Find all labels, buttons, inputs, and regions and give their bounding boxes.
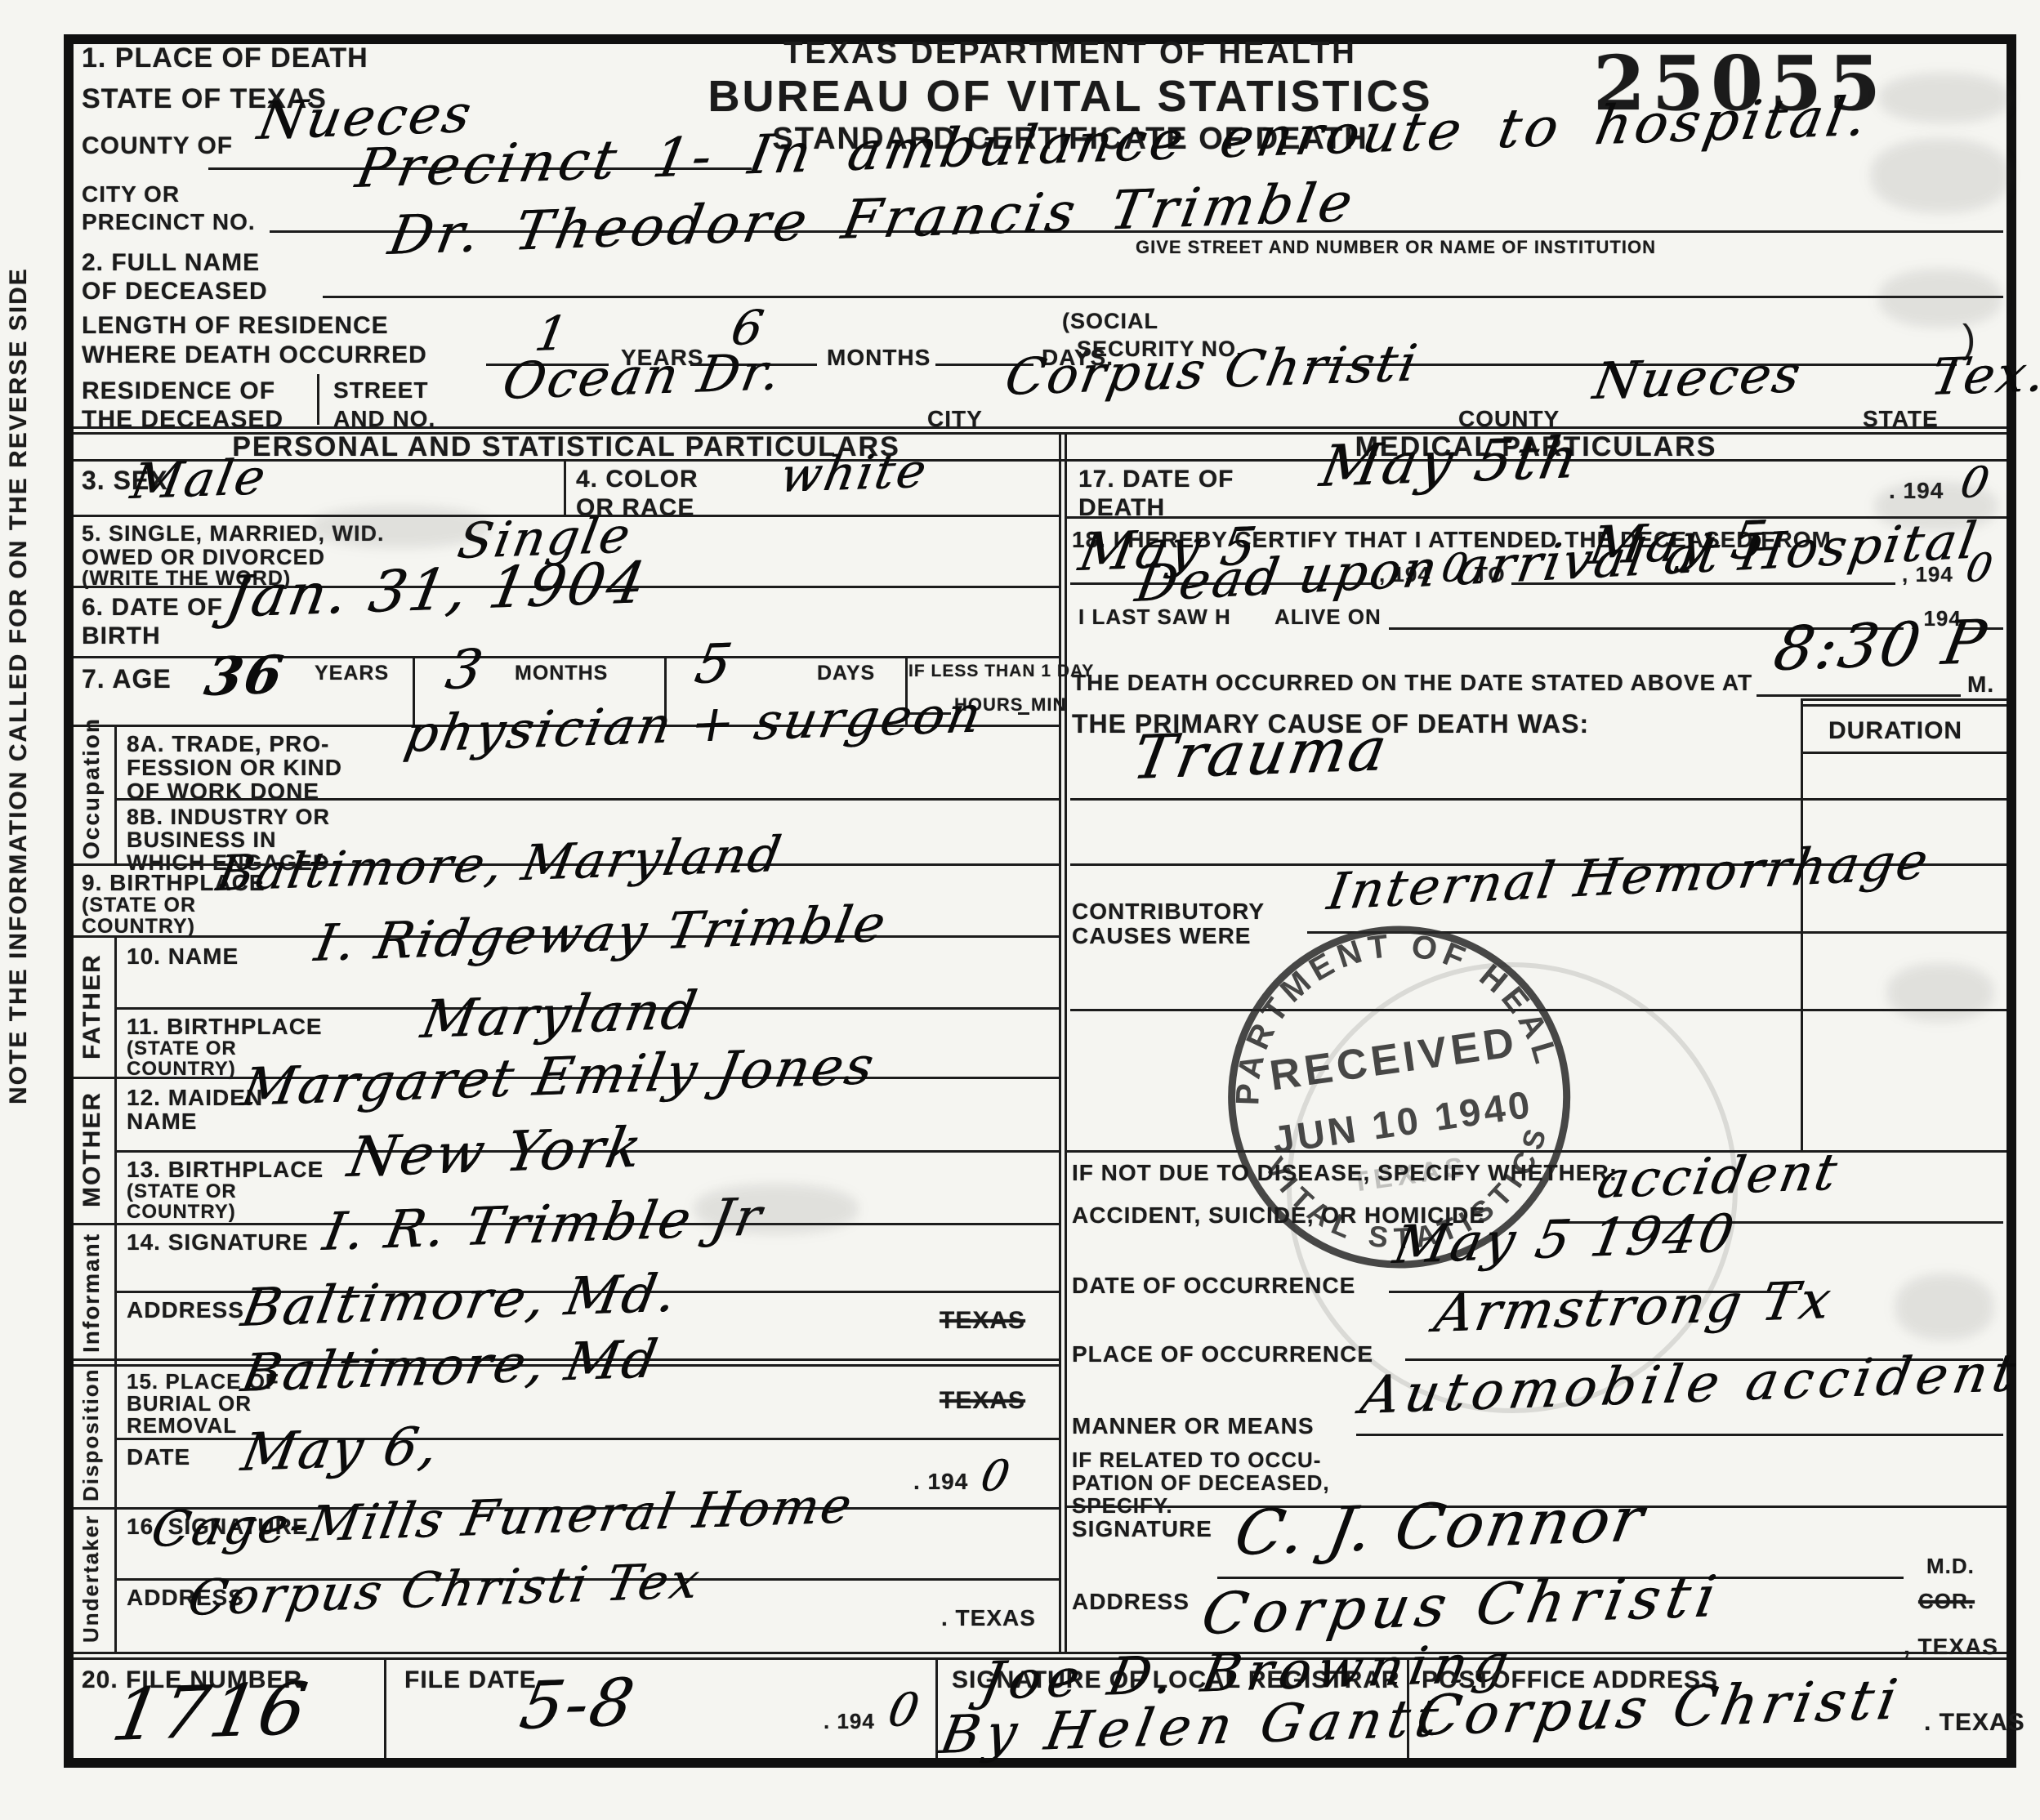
mother-birthplace-label-1: 13. BIRTHPLACE	[127, 1157, 324, 1183]
duration-rule	[1801, 752, 2007, 754]
birthplace-label-2: (STATE OR	[82, 894, 196, 917]
dob-label-2: BIRTH	[82, 622, 161, 650]
bleedthrough-artifact	[1871, 139, 2010, 212]
bleedthrough-artifact	[1887, 964, 1993, 1021]
reverse-side-note: NOTE THE INFORMATION CALLED FOR ON THE R…	[5, 229, 42, 1144]
father-birthplace-label-2: (STATE OR	[127, 1037, 237, 1060]
mother-birthplace-label-2: (STATE OR	[127, 1180, 237, 1203]
age-less-than-day-label: IF LESS THAN 1 DAY	[908, 662, 1094, 681]
column-divider	[1059, 432, 1061, 1652]
full-name-label-1: 2. FULL NAME	[82, 249, 260, 277]
occurrence-date-value: May 5 1940	[1389, 1204, 1740, 1276]
street-label-1: STREET	[333, 377, 428, 404]
manner-means-underline	[1356, 1434, 2003, 1436]
physician-signature-value: C. J. Connor	[1230, 1483, 1651, 1569]
burial-date-printed-year: . 194	[913, 1469, 968, 1495]
min-underline	[1018, 712, 1029, 715]
manner-means-label: MANNER OR MEANS	[1072, 1413, 1315, 1439]
bottom-cell-divider	[935, 1657, 938, 1758]
father-side-label: FATHER	[78, 943, 111, 1070]
duration-label: DURATION	[1828, 717, 1962, 745]
residence-county-value: Nueces	[1589, 344, 1807, 411]
date-of-death-label-1: 17. DATE OF	[1078, 466, 1234, 493]
age-years-label: YEARS	[315, 662, 389, 685]
burial-date-label: DATE	[127, 1444, 190, 1470]
bleedthrough-artifact	[1879, 74, 2010, 123]
burial-date-value: May 6,	[237, 1416, 444, 1483]
primary-cause-value: Trauma	[1127, 714, 1394, 793]
trade-label-3: OF WORK DONE	[127, 778, 319, 805]
informant-address-value: Baltimore, Md.	[237, 1264, 683, 1339]
residence-of-label-1: RESIDENCE OF	[82, 377, 275, 405]
duration-box-top	[1801, 698, 2007, 701]
city-precinct-label-1: CITY OR	[82, 181, 180, 207]
bleedthrough-artifact	[1875, 482, 1998, 531]
burial-label-3: REMOVAL	[127, 1413, 237, 1439]
city-precinct-label-2: PRECINCT NO.	[82, 209, 256, 235]
undertaker-side-label: Undertaker	[78, 1513, 111, 1644]
file-number-value: 1716	[106, 1666, 315, 1757]
row-rule	[117, 798, 1059, 801]
age-months-label: MONTHS	[515, 662, 608, 685]
age-days-label: DAYS	[817, 662, 875, 685]
postoffice-texas-label: . TEXAS	[1924, 1709, 2025, 1737]
age-days-value: 5	[690, 631, 739, 696]
bleedthrough-artifact	[1879, 270, 2002, 327]
death-certificate-scan: NOTE THE INFORMATION CALLED FOR ON THE R…	[0, 0, 2040, 1820]
color-value: white	[776, 443, 932, 503]
age-months-value: 3	[441, 637, 489, 702]
occurrence-place-label: PLACE OF OCCURRENCE	[1072, 1341, 1373, 1367]
md-label: M.D.	[1926, 1554, 1975, 1579]
bleedthrough-artifact	[694, 1184, 858, 1233]
residence-brace	[317, 374, 319, 425]
father-name-value: I. Ridgeway Trimble	[310, 894, 892, 973]
death-time-underline	[1757, 694, 1961, 697]
residence-length-label-1: LENGTH OF RESIDENCE	[82, 312, 389, 340]
age-label: 7. AGE	[82, 664, 172, 694]
file-date-label: FILE DATE	[404, 1666, 537, 1694]
trade-label-2: FESSION OR KIND	[127, 755, 342, 781]
min-label: MIN	[1031, 694, 1066, 716]
mother-birthplace-label-3: COUNTRY)	[127, 1201, 236, 1224]
death-time-m-label: M.	[1967, 671, 1994, 698]
ssn-label-1: (SOCIAL	[1062, 309, 1158, 334]
dob-label-1: 6. DATE OF	[82, 594, 223, 622]
undertaker-signature-value: Cage-Mills Funeral Home	[147, 1477, 858, 1559]
last-saw-label-2: ALIVE ON	[1274, 604, 1382, 630]
side-strip-line	[114, 935, 117, 1652]
full-name-underline	[323, 296, 2003, 298]
death-time-label: THE DEATH OCCURRED ON THE DATE STATED AB…	[1072, 670, 1752, 696]
not-disease-label: IF NOT DUE TO DISEASE, SPECIFY WHETHER:	[1072, 1160, 1618, 1186]
cor-struck-label: COR.	[1918, 1589, 1975, 1614]
residence-length-label-2: WHERE DEATH OCCURRED	[82, 341, 427, 369]
field-place-of-death-label: 1. PLACE OF DEATH	[82, 42, 368, 74]
related-occupation-label-2: PATION OF DECEASED,	[1072, 1470, 1330, 1496]
accident-suicide-value: accident	[1593, 1142, 1843, 1210]
informant-texas-struck: TEXAS	[940, 1307, 1025, 1335]
father-birthplace-label-1: 11. BIRTHPLACE	[127, 1014, 323, 1040]
county-label: COUNTY OF	[82, 132, 233, 160]
institution-hint: GIVE STREET AND NUMBER OR NAME OF INSTIT…	[1136, 237, 1656, 258]
file-date-year-digit: 0	[884, 1684, 925, 1737]
father-name-label: 10. NAME	[127, 943, 239, 970]
sex-value: Male	[127, 448, 271, 511]
undertaker-address-value: Corpus Christi Tex	[184, 1552, 706, 1627]
column-divider	[1065, 432, 1067, 1652]
duration-box-left	[1801, 698, 1803, 1150]
mother-side-label: MOTHER	[78, 1086, 111, 1213]
burial-date-year-digit: 0	[977, 1452, 1016, 1501]
date-of-death-value: May 5th	[1315, 424, 1586, 500]
father-birthplace-value: Maryland	[417, 980, 703, 1051]
file-date-value: 5-8	[515, 1664, 641, 1744]
death-time-value: 8:30 P	[1769, 607, 1993, 685]
street-value: Ocean Dr.	[498, 341, 787, 411]
physician-signature-label: SIGNATURE	[1072, 1516, 1212, 1542]
bottom-cell-divider	[384, 1657, 386, 1758]
bleedthrough-artifact	[1895, 1274, 1993, 1340]
occupation-side-label: Occupation	[78, 729, 111, 859]
disposition-side-label: Disposition	[78, 1371, 111, 1501]
age-years-value: 36	[200, 645, 289, 708]
mother-birthplace-value: New York	[343, 1116, 649, 1190]
file-date-printed-year: . 194	[824, 1709, 875, 1734]
maiden-name-label-2: NAME	[127, 1109, 197, 1135]
residence-of-label-2: THE DECEASED	[82, 406, 283, 434]
rule-under-headers	[74, 459, 2007, 462]
months-label: MONTHS	[827, 345, 931, 371]
cause-underline	[1070, 798, 1801, 801]
side-strip-line	[114, 725, 117, 863]
duration-rule	[1801, 798, 2007, 801]
form-border-left	[64, 34, 74, 1768]
bleedthrough-artifact	[310, 506, 490, 547]
double-rule	[74, 426, 2007, 429]
informant-address-label: ADDRESS	[127, 1297, 244, 1323]
form-border-right	[2007, 34, 2016, 1768]
birthplace-value: Baltimore, Maryland	[212, 826, 788, 903]
undertaker-texas-label: . TEXAS	[941, 1605, 1036, 1631]
informant-signature-label: 14. SIGNATURE	[127, 1229, 309, 1256]
stamp-received-text: RECEIVED	[1267, 1018, 1521, 1100]
dept-title: TEXAS DEPARTMENT OF HEALTH	[670, 36, 1471, 71]
informant-side-label: Informant	[78, 1229, 111, 1356]
residence-state-value: Tex.	[1926, 343, 2040, 407]
full-name-label-2: OF DECEASED	[82, 278, 268, 306]
trade-label-1: 8A. TRADE, PRO-	[127, 731, 329, 757]
maiden-name-value: Margaret Emily Jones	[237, 1036, 880, 1118]
industry-label-1: 8B. INDUSTRY OR	[127, 805, 330, 830]
occurrence-date-label: DATE OF OCCURRENCE	[1072, 1273, 1355, 1299]
physician-texas-label: , TEXAS	[1904, 1634, 1998, 1660]
burial-texas-struck: TEXAS	[940, 1387, 1025, 1415]
duration-box-top	[1801, 704, 2007, 707]
burial-value: Baltimore, Md	[237, 1329, 663, 1404]
duration-rule	[1801, 931, 2007, 934]
sex-color-divider	[564, 459, 566, 515]
related-occupation-label-1: IF RELATED TO OCCU-	[1072, 1448, 1321, 1473]
physician-address-label: ADDRESS	[1072, 1589, 1190, 1615]
trade-value: physician + surgeon	[400, 685, 988, 764]
dob-value: Jan. 31, 1904	[221, 549, 652, 631]
color-label-1: 4. COLOR	[576, 466, 699, 493]
